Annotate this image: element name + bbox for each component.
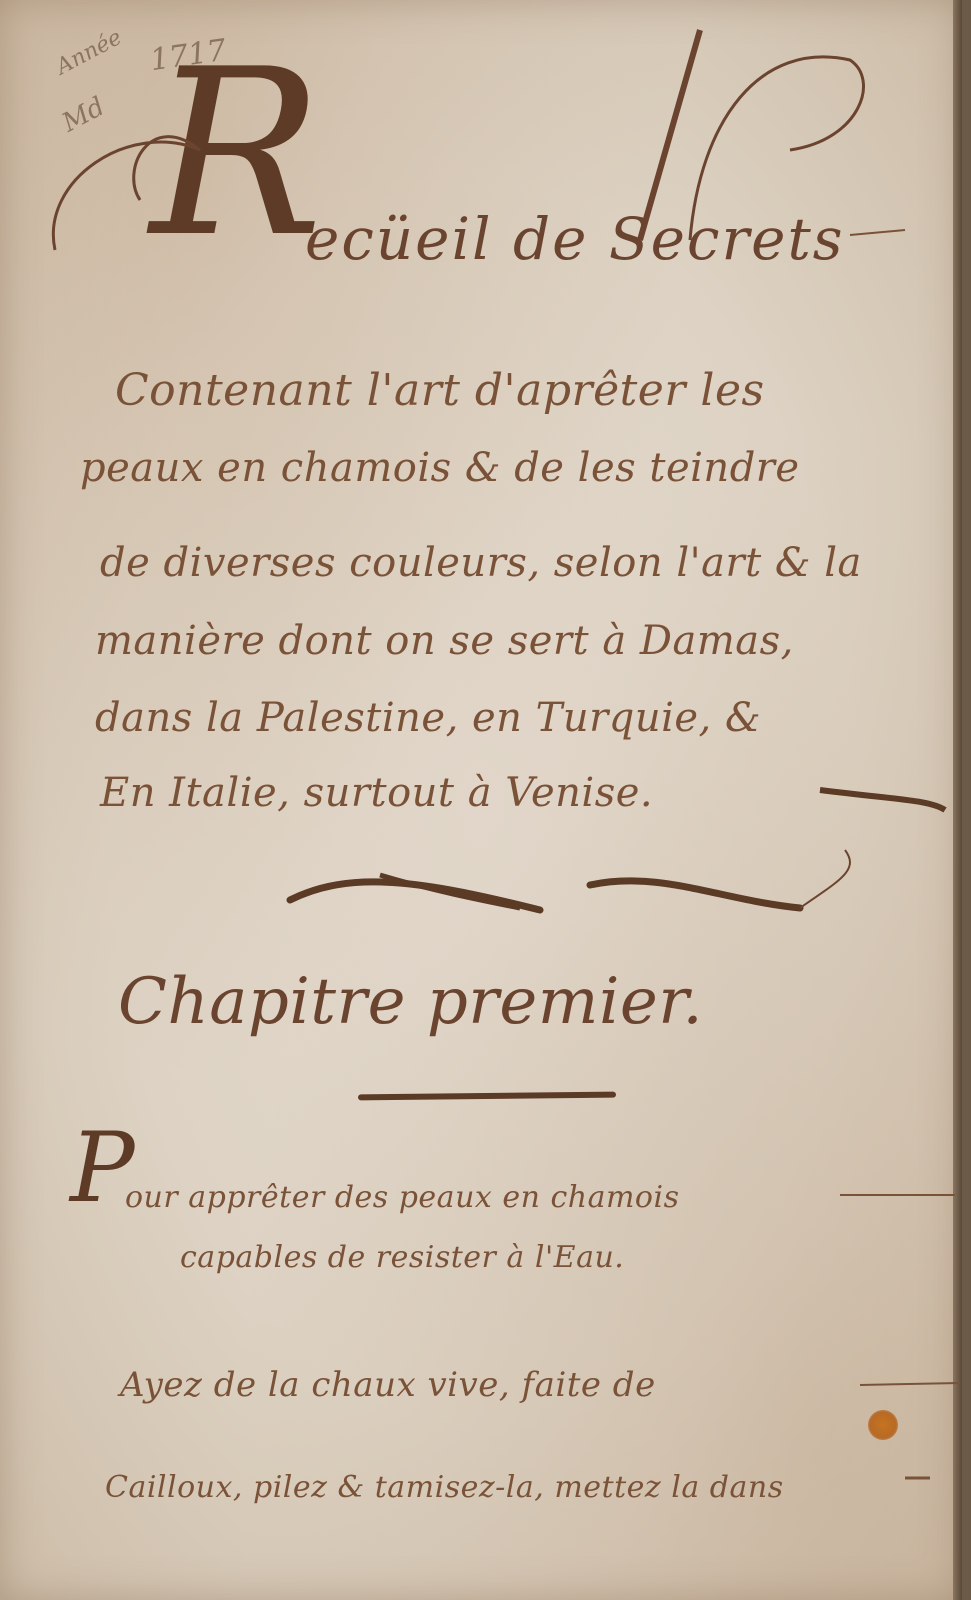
line-end-flourishes [0, 0, 971, 1600]
manuscript-page: Année Md 1717 R ecüeil de Secrets Conten… [0, 0, 962, 1600]
